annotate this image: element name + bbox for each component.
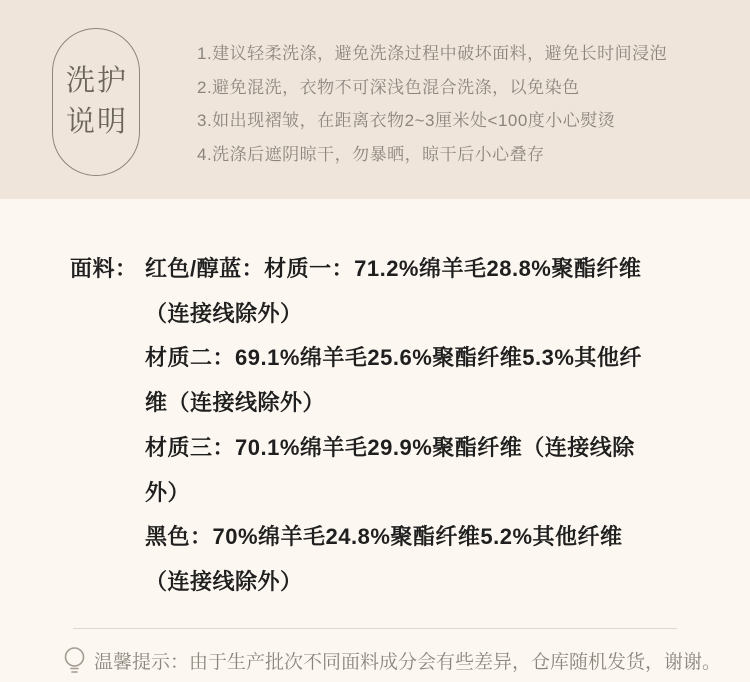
fabric-composition-section: 面料：红色/醇蓝：材质一：71.2%绵羊毛28.8%聚酯纤维 （连接线除外） 材… [0,199,750,605]
wash-care-item: 1.建议轻柔洗涤，避免洗涤过程中破坏面料，避免长时间浸泡 [197,37,667,71]
warm-tip: 温馨提示：由于生产批次不同面料成分会有些差异，仓库随机发货，谢谢。 [62,646,730,676]
wash-care-badge-line1: 洗护 [64,61,128,102]
wash-care-item: 3.如出现褶皱，在距离衣物2~3厘米处<100度小心熨烫 [197,104,667,138]
fabric-composition-text: 面料：红色/醇蓝：材质一：71.2%绵羊毛28.8%聚酯纤维 （连接线除外） 材… [145,247,750,605]
fabric-label: 面料： [70,247,145,292]
wash-care-item: 4.洗涤后遮阴晾干，勿暴晒，晾干后小心叠存 [197,138,667,172]
fabric-line: 黑色：70%绵羊毛24.8%聚酯纤维5.2%其他纤维 [145,515,750,560]
fabric-line: 外） [145,471,750,516]
fabric-line: 维（连接线除外） [145,381,750,426]
wash-care-badge-line2: 说明 [64,102,128,143]
wash-care-badge: 洗护 说明 [52,28,140,176]
wash-care-section: 洗护 说明 1.建议轻柔洗涤，避免洗涤过程中破坏面料，避免长时间浸泡 2.避免混… [0,0,750,199]
fabric-line: 材质三：70.1%绵羊毛29.9%聚酯纤维（连接线除 [145,426,750,471]
wash-care-item: 2.避免混洗，衣物不可深浅色混合洗涤，以免染色 [197,71,667,105]
fabric-line: （连接线除外） [145,292,750,337]
wash-care-list: 1.建议轻柔洗涤，避免洗涤过程中破坏面料，避免长时间浸泡 2.避免混洗，衣物不可… [197,37,667,171]
fabric-line: 红色/醇蓝：材质一：71.2%绵羊毛28.8%聚酯纤维 [145,256,641,281]
fabric-line: 材质二：69.1%绵羊毛25.6%聚酯纤维5.3%其他纤 [145,336,750,381]
bulb-icon [62,646,87,676]
fabric-line: （连接线除外） [145,560,750,605]
warm-tip-text: 温馨提示：由于生产批次不同面料成分会有些差异，仓库随机发货，谢谢。 [94,647,721,674]
divider [73,628,677,629]
